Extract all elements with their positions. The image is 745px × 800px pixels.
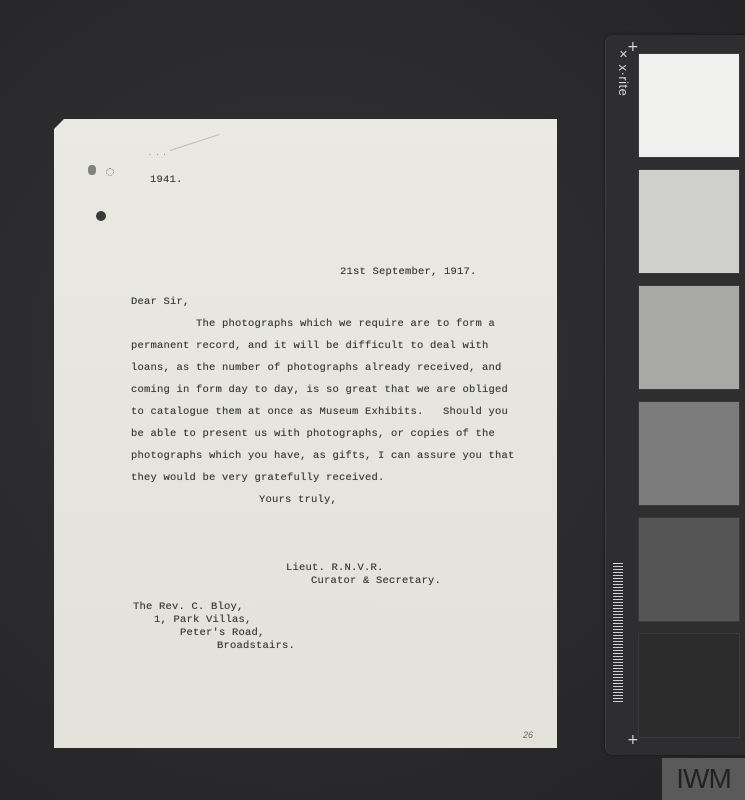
body-line: to catalogue them at once as Museum Exhi… bbox=[131, 402, 508, 422]
reference-number: 1941. bbox=[150, 170, 183, 190]
crosshair-icon: + bbox=[627, 733, 639, 747]
salutation: Dear Sir, bbox=[131, 292, 190, 312]
gray-patch-6 bbox=[638, 633, 740, 738]
ink-smudge bbox=[88, 165, 96, 175]
body-line: loans, as the number of photographs alre… bbox=[131, 358, 502, 378]
gray-patch-5 bbox=[638, 517, 740, 622]
body-line: permanent record, and it will be difficu… bbox=[131, 336, 489, 356]
body-line: photographs which you have, as gifts, I … bbox=[131, 446, 515, 466]
address-line: 1, Park Villas, bbox=[154, 613, 252, 627]
iwm-watermark: IWM bbox=[662, 758, 745, 800]
address-line: Peter's Road, bbox=[180, 626, 265, 640]
pencil-dots: ... bbox=[148, 150, 170, 158]
body-line: The photographs which we require are to … bbox=[131, 314, 495, 334]
letter-date: 21st September, 1917. bbox=[340, 262, 477, 282]
brand-name: x·rite bbox=[616, 65, 631, 97]
folio-number: 26 bbox=[523, 730, 533, 740]
gray-patch-3 bbox=[638, 285, 740, 390]
body-line: they would be very gratefully received. bbox=[131, 468, 385, 488]
closing: Yours truly, bbox=[259, 490, 337, 510]
gray-patch-4 bbox=[638, 401, 740, 506]
signature-title: Curator & Secretary. bbox=[311, 574, 441, 588]
address-line: Broadstairs. bbox=[217, 639, 295, 653]
crosshair-icon: + bbox=[627, 40, 639, 54]
pencil-mark bbox=[106, 168, 114, 176]
recipient-name: The Rev. C. Bloy, bbox=[133, 600, 244, 614]
gray-patch-1 bbox=[638, 53, 740, 158]
punch-hole bbox=[96, 211, 106, 221]
body-line: coming in form day to day, is so great t… bbox=[131, 380, 508, 400]
scale-ruler bbox=[613, 563, 623, 703]
gray-patch-2 bbox=[638, 169, 740, 274]
xrite-logo: ✕x·rite bbox=[611, 48, 631, 108]
body-line: be able to present us with photographs, … bbox=[131, 424, 495, 444]
signature-rank: Lieut. R.N.V.R. bbox=[286, 561, 384, 575]
